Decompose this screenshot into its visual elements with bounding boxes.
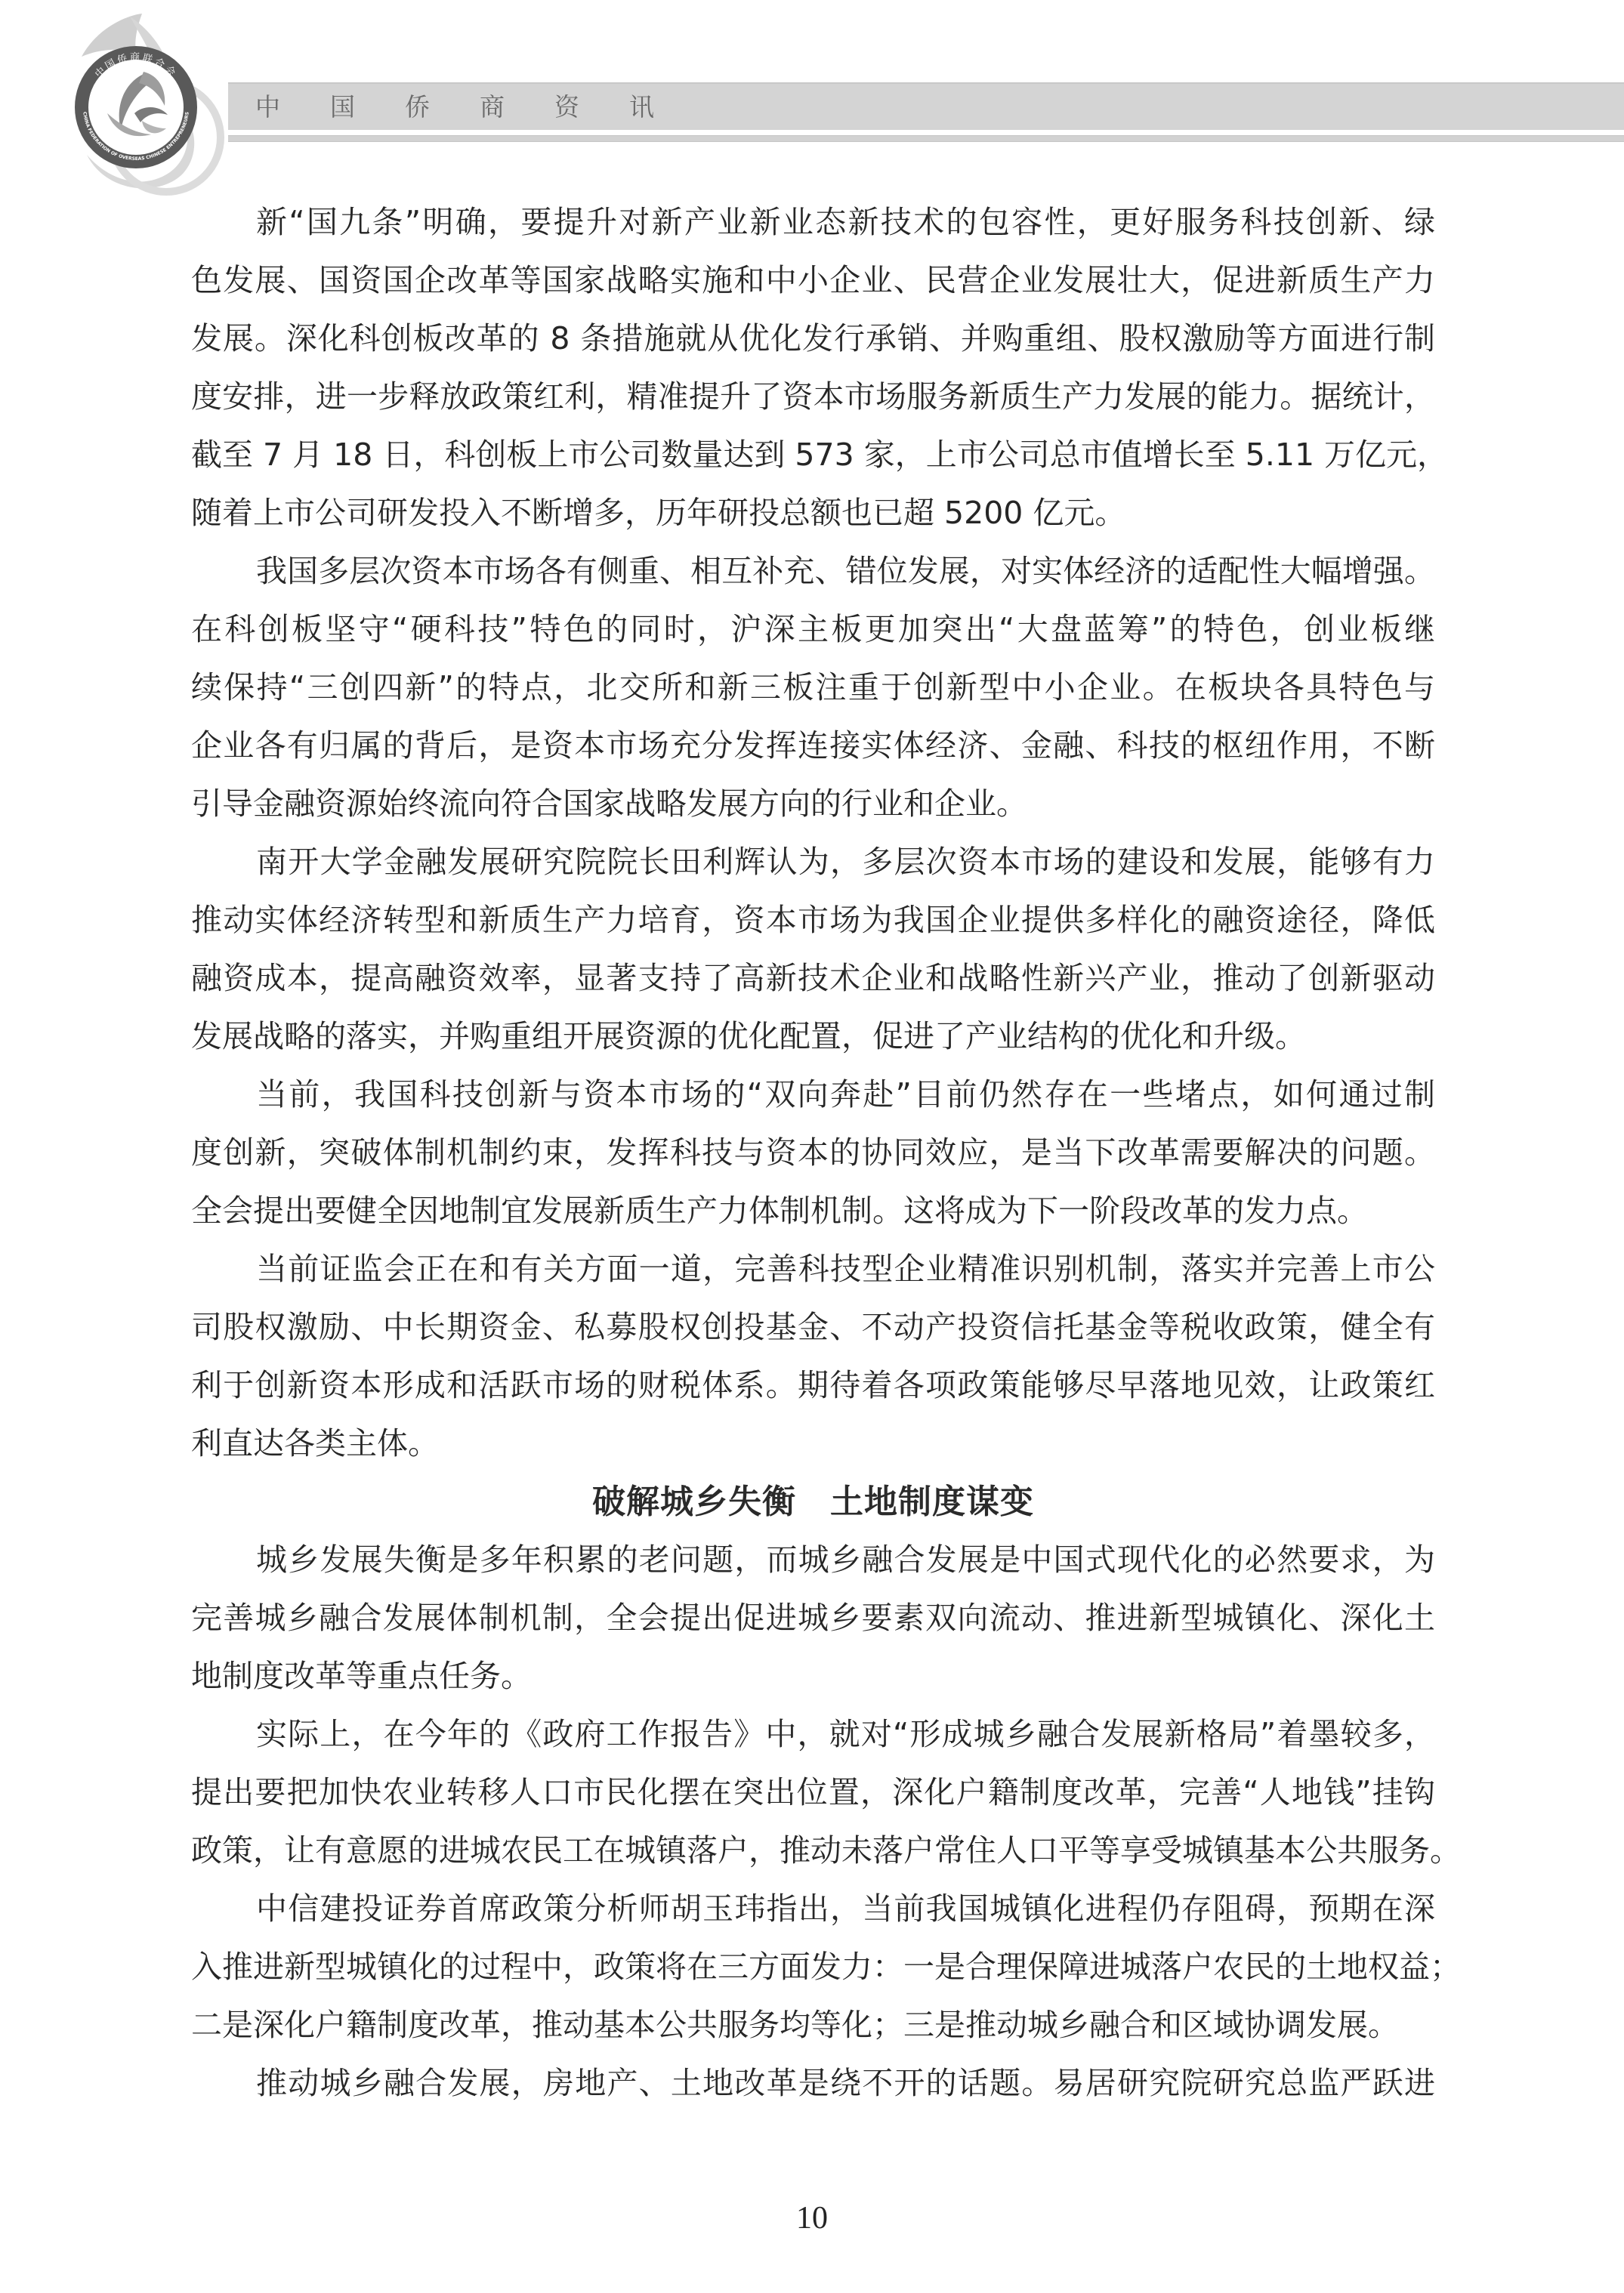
- paragraph-line: 我国多层次资本市场各有侧重、相互补充、错位发展，对实体经济的适配性大幅增强。: [191, 542, 1435, 600]
- page-number: 10: [0, 2199, 1624, 2237]
- paragraph-line: 当前证监会正在和有关方面一道，完善科技型企业精准识别机制，落实并完善上市公: [191, 1240, 1435, 1298]
- paragraph-line: 二是深化户籍制度改革，推动基本公共服务均等化；三是推动城乡融合和区域协调发展。: [191, 1996, 1435, 2054]
- publication-title-char: 中: [255, 91, 330, 124]
- publication-title: 中 国 侨 商 资 讯: [255, 91, 704, 124]
- lotus-emblem-icon: 中国侨商联合会 CHINA FEDERATION OF OVERSEAS CHI…: [45, 0, 264, 204]
- paragraph-line: 提出要把加快农业转移人口市民化摆在突出位置，深化户籍制度改革，完善“人地钱”挂钩: [191, 1764, 1435, 1822]
- paragraph-line: 推动实体经济转型和新质生产力培育，资本市场为我国企业提供多样化的融资途径，降低: [191, 891, 1435, 949]
- publication-title-char: 国: [330, 91, 405, 124]
- paragraph-line: 续保持“三创四新”的特点，北交所和新三板注重于创新型中小企业。在板块各具特色与: [191, 659, 1435, 717]
- publication-title-char: 资: [554, 91, 629, 124]
- paragraph-line: 随着上市公司研发投入不断增多，历年研投总额也已超 5200 亿元。: [191, 484, 1435, 542]
- paragraph-line: 度创新，突破体制机制约束，发挥科技与资本的协同效应，是当下改革需要解决的问题。: [191, 1124, 1435, 1182]
- publication-title-char: 讯: [629, 91, 704, 124]
- paragraph-line: 全会提出要健全因地制宜发展新质生产力体制机制。这将成为下一阶段改革的发力点。: [191, 1182, 1435, 1240]
- paragraph-line: 在科创板坚守“硬科技”特色的同时，沪深主板更加突出“大盘蓝筹”的特色，创业板继: [191, 600, 1435, 659]
- paragraph-line: 司股权激励、中长期资金、私募股权创投基金、不动产投资信托基金等税收政策，健全有: [191, 1298, 1435, 1356]
- paragraph-line: 融资成本，提高融资效率，显著支持了高新技术企业和战略性新兴产业，推动了创新驱动: [191, 949, 1435, 1008]
- paragraph-line: 发展战略的落实，并购重组开展资源的优化配置，促进了产业结构的优化和升级。: [191, 1008, 1435, 1066]
- paragraph-line: 实际上，在今年的《政府工作报告》中，就对“形成城乡融合发展新格局”着墨较多，: [191, 1705, 1435, 1764]
- article-body: 新“国九条”明确，要提升对新产业新业态新技术的包容性，更好服务科技创新、绿 色发…: [191, 193, 1435, 2112]
- paragraph-line: 引导金融资源始终流向符合国家战略发展方向的行业和企业。: [191, 775, 1435, 833]
- paragraph-line: 入推进新型城镇化的过程中，政策将在三方面发力：一是合理保障进城落户农民的土地权益…: [191, 1938, 1435, 1996]
- paragraph-line: 企业各有归属的背后，是资本市场充分发挥连接实体经济、金融、科技的枢纽作用，不断: [191, 717, 1435, 775]
- paragraph-line: 完善城乡融合发展体制机制，全会提出促进城乡要素双向流动、推进新型城镇化、深化土: [191, 1589, 1435, 1647]
- paragraph-line: 度安排，进一步释放政策红利，精准提升了资本市场服务新质生产力发展的能力。据统计，: [191, 368, 1435, 426]
- section-heading: 破解城乡失衡 土地制度谋变: [191, 1473, 1435, 1531]
- paragraph-line: 利直达各类主体。: [191, 1415, 1435, 1473]
- paragraph-line: 南开大学金融发展研究院院长田利辉认为，多层次资本市场的建设和发展，能够有力: [191, 833, 1435, 891]
- paragraph-line: 地制度改革等重点任务。: [191, 1647, 1435, 1705]
- paragraph-line: 城乡发展失衡是多年积累的老问题，而城乡融合发展是中国式现代化的必然要求，为: [191, 1531, 1435, 1589]
- publication-title-char: 侨: [405, 91, 480, 124]
- header-divider-line: [228, 135, 1624, 142]
- paragraph-line: 利于创新资本形成和活跃市场的财税体系。期待着各项政策能够尽早落地见效，让政策红: [191, 1356, 1435, 1415]
- paragraph-line: 推动城乡融合发展，房地产、土地改革是绕不开的话题。易居研究院研究总监严跃进: [191, 2054, 1435, 2112]
- publication-title-char: 商: [480, 91, 554, 124]
- paragraph-line: 色发展、国资国企改革等国家战略实施和中小企业、民营企业发展壮大，促进新质生产力: [191, 252, 1435, 310]
- paragraph-line: 中信建投证券首席政策分析师胡玉玮指出，当前我国城镇化进程仍存阻碍，预期在深: [191, 1880, 1435, 1938]
- paragraph-line: 政策，让有意愿的进城农民工在城镇落户，推动未落户常住人口平等享受城镇基本公共服务…: [191, 1822, 1435, 1880]
- paragraph-line: 当前，我国科技创新与资本市场的“双向奔赴”目前仍然存在一些堵点，如何通过制: [191, 1066, 1435, 1124]
- paragraph-line: 发展。深化科创板改革的 8 条措施就从优化发行承销、并购重组、股权激励等方面进行…: [191, 310, 1435, 368]
- paragraph-line: 新“国九条”明确，要提升对新产业新业态新技术的包容性，更好服务科技创新、绿: [191, 193, 1435, 252]
- paragraph-line: 截至 7 月 18 日，科创板上市公司数量达到 573 家，上市公司总市值增长至…: [191, 426, 1435, 484]
